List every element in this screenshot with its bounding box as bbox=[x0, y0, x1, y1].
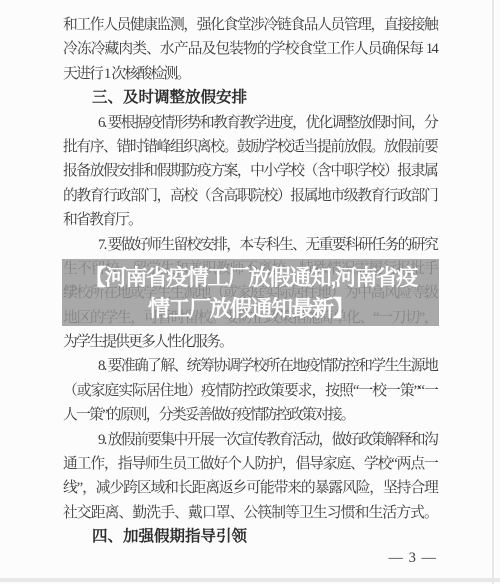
doc-line: 和工作人员健康监测，强化食堂涉冷链食品人员管理，直接接触 bbox=[63, 13, 437, 37]
scanned-document-page: 和工作人员健康监测，强化食堂涉冷链食品人员管理，直接接触 冷冻冷藏肉类、水产品及… bbox=[0, 0, 500, 584]
section-heading-4: 四、加强假期指导引领 bbox=[63, 525, 437, 549]
scan-edge-right bbox=[492, 0, 494, 584]
doc-line: 通工作，指导师生员工做好个人防护，倡导家庭、学校“两点一 bbox=[63, 452, 437, 476]
doc-line: 批有序、错时错峰组织离校。鼓励学校适当提前放假。放假前要 bbox=[63, 135, 437, 159]
doc-line: （或家庭实际居住地）疫情防控政策要求，按照“一校一策”“一 bbox=[63, 379, 437, 403]
doc-line: 线”，减少跨区域和长距离返乡可能带来的暴露风险，坚持合理 bbox=[63, 476, 437, 500]
watermark-title-line-1: 【河南省疫情工厂放假通知,河南省疫 bbox=[84, 262, 417, 293]
page-number: — 3 — bbox=[63, 550, 437, 567]
scan-edge-bottom bbox=[0, 578, 500, 582]
doc-line: 和省教育厅。 bbox=[63, 208, 437, 232]
watermark-title-line-2: 情工厂放假通知最新】 bbox=[148, 293, 353, 324]
doc-line: 社交距离、勤洗手、戴口罩、公筷制等卫生习惯和生活方式。 bbox=[63, 501, 437, 525]
section-heading-3: 三、及时调整放假安排 bbox=[63, 86, 437, 110]
doc-line: 天进行 1 次核酸检测。 bbox=[63, 62, 437, 86]
doc-line: 8. 要准确了解、统筹协调学校所在地疫情防控和学生生源地 bbox=[63, 354, 437, 378]
doc-line: 报备放假安排和假期防疫方案，中小学校（含中职学校）报隶属 bbox=[63, 159, 437, 183]
doc-line: 的教育行政部门，高校（含高职院校）报属地市级教育行政部门 bbox=[63, 184, 437, 208]
doc-line: 冷冻冷藏肉类、水产品及包装物的学校食堂工作人员确保每 14 bbox=[63, 37, 437, 61]
watermark-overlay: 【河南省疫情工厂放假通知,河南省疫 情工厂放假通知最新】 bbox=[62, 259, 439, 326]
doc-line: 6. 要根据疫情形势和教育教学进度，优化调整放假时间，分 bbox=[63, 111, 437, 135]
doc-line: 7. 要做好师生留校安排，本专科生、无重要科研任务的研究 bbox=[63, 233, 437, 257]
doc-line: 9. 放假前要集中开展一次宣传教育活动，做好政策解释和沟 bbox=[63, 428, 437, 452]
doc-line: 为学生提供更多人性化服务。 bbox=[63, 330, 437, 354]
doc-line: 人一策”的原则，分类妥善做好疫情防控政策对接。 bbox=[63, 403, 437, 427]
